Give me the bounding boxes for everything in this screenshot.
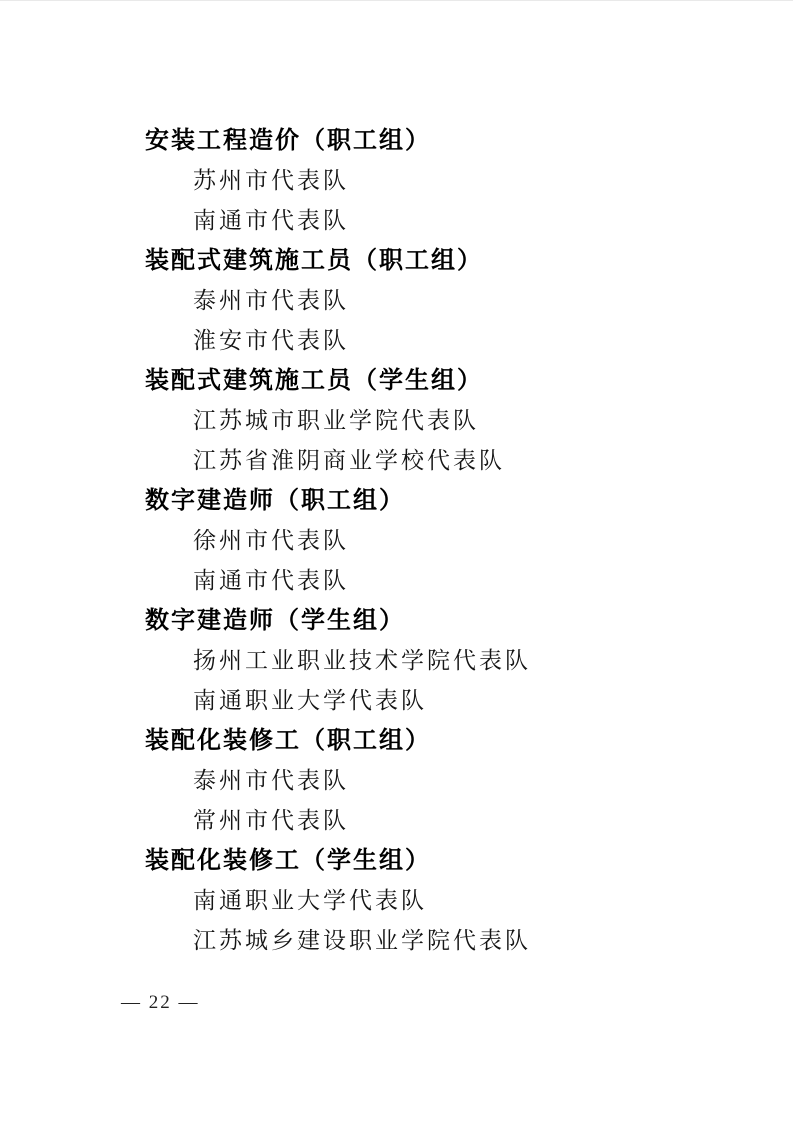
section-heading: 装配化装修工（学生组） (145, 841, 531, 881)
award-section: 安装工程造价（职工组） 苏州市代表队 南通市代表队 (145, 121, 531, 241)
award-section: 装配化装修工（职工组） 泰州市代表队 常州市代表队 (145, 721, 531, 841)
section-heading: 数字建造师（职工组） (145, 481, 531, 521)
team-item: 南通市代表队 (193, 201, 531, 241)
team-item: 泰州市代表队 (193, 761, 531, 801)
award-section: 装配式建筑施工员（职工组） 泰州市代表队 淮安市代表队 (145, 241, 531, 361)
page-number: — 22 — (121, 992, 200, 1014)
award-section: 装配化装修工（学生组） 南通职业大学代表队 江苏城乡建设职业学院代表队 (145, 841, 531, 961)
team-item: 扬州工业职业技术学院代表队 (193, 641, 531, 681)
team-item: 南通职业大学代表队 (193, 681, 531, 721)
team-item: 江苏省淮阴商业学校代表队 (193, 441, 531, 481)
section-heading: 数字建造师（学生组） (145, 601, 531, 641)
team-item: 江苏城乡建设职业学院代表队 (193, 921, 531, 961)
section-heading: 装配式建筑施工员（职工组） (145, 241, 531, 281)
section-heading: 装配式建筑施工员（学生组） (145, 361, 531, 401)
team-item: 江苏城市职业学院代表队 (193, 401, 531, 441)
team-item: 南通市代表队 (193, 561, 531, 601)
document-page: 安装工程造价（职工组） 苏州市代表队 南通市代表队 装配式建筑施工员（职工组） … (0, 0, 793, 1122)
award-section: 装配式建筑施工员（学生组） 江苏城市职业学院代表队 江苏省淮阴商业学校代表队 (145, 361, 531, 481)
section-heading: 装配化装修工（职工组） (145, 721, 531, 761)
team-item: 苏州市代表队 (193, 161, 531, 201)
award-section: 数字建造师（职工组） 徐州市代表队 南通市代表队 (145, 481, 531, 601)
award-section: 数字建造师（学生组） 扬州工业职业技术学院代表队 南通职业大学代表队 (145, 601, 531, 721)
team-item: 常州市代表队 (193, 801, 531, 841)
section-heading: 安装工程造价（职工组） (145, 121, 531, 161)
team-item: 泰州市代表队 (193, 281, 531, 321)
team-item: 淮安市代表队 (193, 321, 531, 361)
team-item: 南通职业大学代表队 (193, 881, 531, 921)
award-list: 安装工程造价（职工组） 苏州市代表队 南通市代表队 装配式建筑施工员（职工组） … (145, 121, 531, 961)
team-item: 徐州市代表队 (193, 521, 531, 561)
